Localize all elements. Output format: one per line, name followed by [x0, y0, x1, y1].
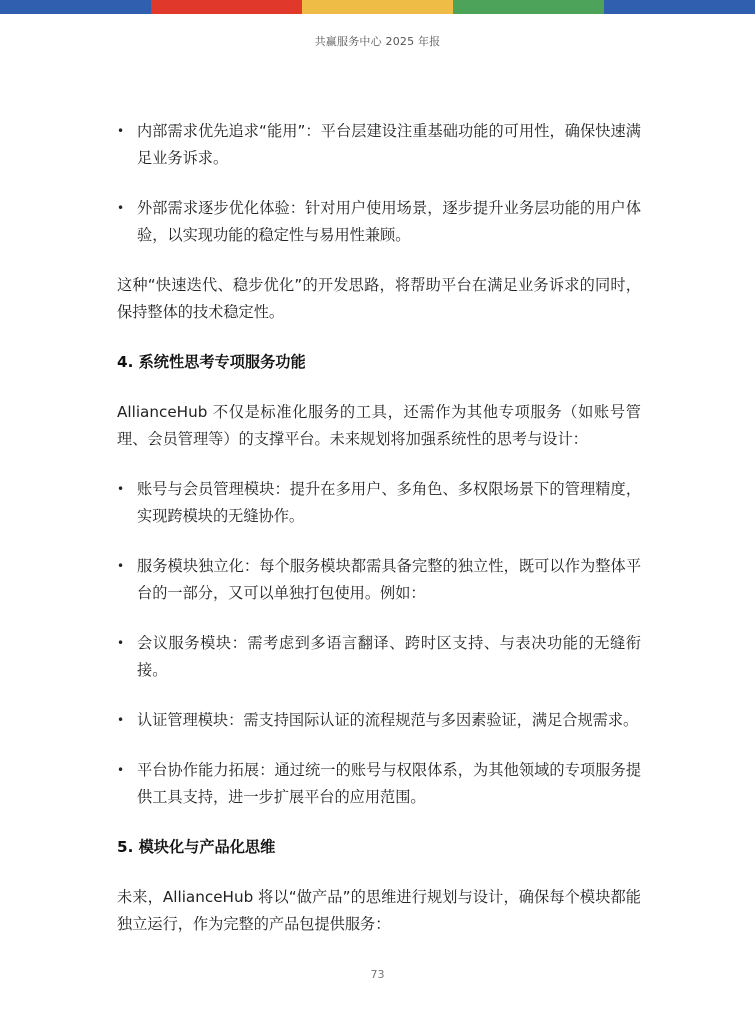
bullet-icon: • [117, 630, 123, 657]
paragraph: 这种“快速迭代、稳步优化”的开发思路，将帮助平台在满足业务诉求的同时，保持整体的… [117, 272, 641, 326]
bullet-text: 外部需求逐步优化体验：针对用户使用场景，逐步提升业务层功能的用户体验，以实现功能… [137, 199, 641, 244]
bullet-icon: • [117, 757, 123, 784]
paragraph: 未来，AllianceHub 将以“做产品”的思维进行规划与设计，确保每个模块都… [117, 884, 641, 938]
bullet-icon: • [117, 707, 123, 734]
bullet-icon: • [117, 553, 123, 580]
color-band-blue-left [0, 0, 151, 14]
bullet-item: • 服务模块独立化：每个服务模块都需具备完整的独立性，既可以作为整体平台的一部分… [117, 553, 641, 607]
running-header: 共赢服务中心 2025 年报 [0, 33, 755, 49]
bullet-item: • 会议服务模块：需考虑到多语言翻译、跨时区支持、与表决功能的无缝衔接。 [117, 630, 641, 684]
bullet-text: 认证管理模块：需支持国际认证的流程规范与多因素验证，满足合规需求。 [137, 711, 638, 729]
section-heading: 5. 模块化与产品化思维 [117, 834, 641, 861]
bullet-item: • 内部需求优先追求“能用”：平台层建设注重基础功能的可用性，确保快速满足业务诉… [117, 118, 641, 172]
bullet-icon: • [117, 195, 123, 222]
bullet-text: 平台协作能力拓展：通过统一的账号与权限体系，为其他领域的专项服务提供工具支持，进… [137, 761, 641, 806]
color-band-green [453, 0, 604, 14]
bullet-icon: • [117, 118, 123, 145]
color-band-red [151, 0, 302, 14]
bullet-item: • 平台协作能力拓展：通过统一的账号与权限体系，为其他领域的专项服务提供工具支持… [117, 757, 641, 811]
color-band-blue-right [604, 0, 755, 14]
page-number: 73 [0, 968, 755, 981]
bullet-text: 账号与会员管理模块：提升在多用户、多角色、多权限场景下的管理精度，实现跨模块的无… [137, 480, 641, 525]
section-heading: 4. 系统性思考专项服务功能 [117, 349, 641, 376]
bullet-item: • 外部需求逐步优化体验：针对用户使用场景，逐步提升业务层功能的用户体验，以实现… [117, 195, 641, 249]
bullet-text: 服务模块独立化：每个服务模块都需具备完整的独立性，既可以作为整体平台的一部分，又… [137, 557, 641, 602]
top-color-band [0, 0, 755, 14]
bullet-icon: • [117, 476, 123, 503]
bullet-item: • 认证管理模块：需支持国际认证的流程规范与多因素验证，满足合规需求。 [117, 707, 641, 734]
bullet-text: 内部需求优先追求“能用”：平台层建设注重基础功能的可用性，确保快速满足业务诉求。 [137, 122, 641, 167]
paragraph: AllianceHub 不仅是标准化服务的工具，还需作为其他专项服务（如账号管理… [117, 399, 641, 453]
page-content: • 内部需求优先追求“能用”：平台层建设注重基础功能的可用性，确保快速满足业务诉… [117, 118, 641, 961]
bullet-item: • 账号与会员管理模块：提升在多用户、多角色、多权限场景下的管理精度，实现跨模块… [117, 476, 641, 530]
color-band-yellow [302, 0, 453, 14]
bullet-text: 会议服务模块：需考虑到多语言翻译、跨时区支持、与表决功能的无缝衔接。 [137, 634, 641, 679]
